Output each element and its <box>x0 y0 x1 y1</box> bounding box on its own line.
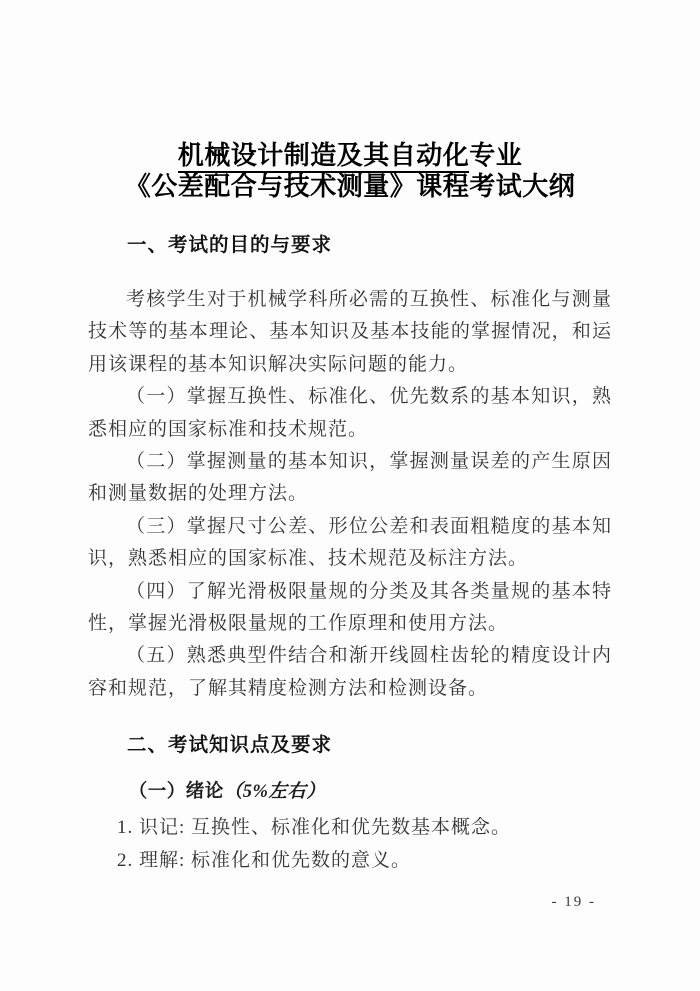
knowledge-point-list: 1. 识记: 互换性、标准化和优先数基本概念。 2. 理解: 标准化和优先数的意… <box>88 812 612 877</box>
section2-heading: 二、考试知识点及要求 <box>88 732 612 758</box>
page-number: - 19 - <box>552 894 597 911</box>
section1-heading: 一、考试的目的与要求 <box>88 232 612 258</box>
document-content: 机械设计制造及其自动化专业 《公差配合与技术测量》课程考试大纲 一、考试的目的与… <box>0 0 700 877</box>
subsection-heading-title: （一）绪论 <box>129 782 224 802</box>
paragraph-item-2: （二）掌握测量的基本知识，掌握测量误差的产生原因和测量数据的处理方法。 <box>88 446 612 511</box>
subsection-heading-percentage: （5%左右） <box>224 782 326 802</box>
paragraph-item-5: （五）熟悉典型件结合和渐开线圆柱齿轮的精度设计内容和规范，了解其精度检测方法和检… <box>88 640 612 705</box>
list-item-2: 2. 理解: 标准化和优先数的意义。 <box>117 845 612 878</box>
subsection-heading: （一）绪论（5%左右） <box>88 779 612 805</box>
title-line1-rest: 专业 <box>469 140 522 170</box>
document-title: 机械设计制造及其自动化专业 《公差配合与技术测量》课程考试大纲 <box>88 140 612 202</box>
title-line-1: 机械设计制造及其自动化专业 <box>88 140 612 171</box>
section1-body: 考核学生对于机械学科所必需的互换性、标准化与测量技术等的基本理论、基本知识及基本… <box>88 284 612 705</box>
paragraph-item-4: （四）了解光滑极限量规的分类及其各类量规的基本特性，掌握光滑极限量规的工作原理和… <box>88 576 612 641</box>
document-page: 机械设计制造及其自动化专业 《公差配合与技术测量》课程考试大纲 一、考试的目的与… <box>0 0 700 991</box>
paragraph-item-1: （一）掌握互换性、标准化、优先数系的基本知识，熟悉相应的国家标准和技术规范。 <box>88 381 612 446</box>
list-item-1: 1. 识记: 互换性、标准化和优先数基本概念。 <box>117 812 612 845</box>
paragraph-item-3: （三）掌握尺寸公差、形位公差和表面粗糙度的基本知识，熟悉相应的国家标准、技术规范… <box>88 511 612 576</box>
paragraph-intro: 考核学生对于机械学科所必需的互换性、标准化与测量技术等的基本理论、基本知识及基本… <box>88 284 612 381</box>
title-underlined-text: 机械设计制造及其自动化 <box>178 140 470 173</box>
title-line-2: 《公差配合与技术测量》课程考试大纲 <box>88 171 612 202</box>
